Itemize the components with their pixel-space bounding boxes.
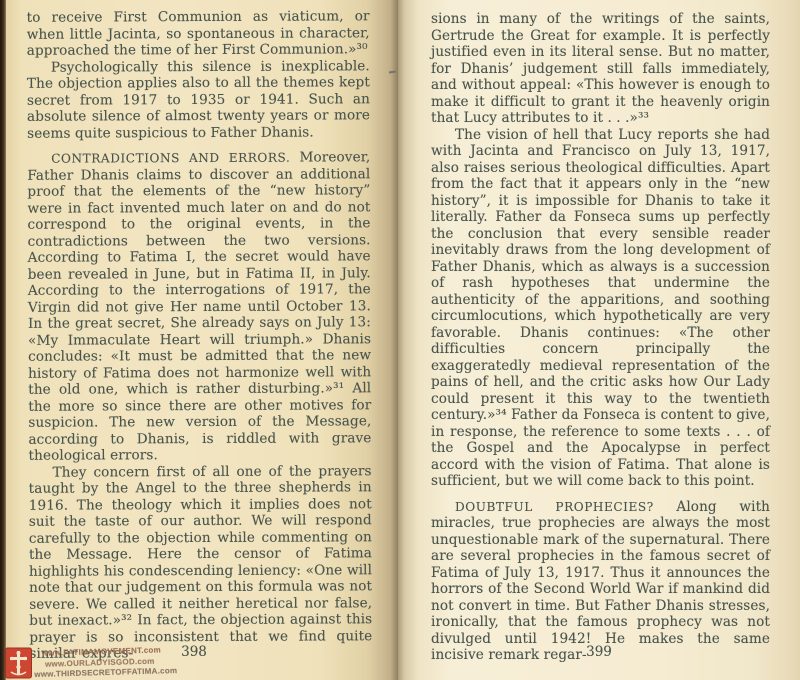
paragraph-with-heading: DOUBTFUL PROPHECIES? Along with miracles…: [431, 499, 770, 664]
paragraph: to receive First Communion as viaticum, …: [27, 8, 370, 59]
paragraph-with-heading: CONTRADICTIONS AND ERRORS. Moreover, Fat…: [27, 149, 371, 464]
paragraph: They concern first of all one of the pra…: [29, 463, 373, 662]
page-right-text-column: sions in many of the writings of the sai…: [431, 11, 770, 664]
fatima-movement-crest-icon: [5, 647, 32, 679]
watermark: www.FATIMAMOVEMENT.com www.OURLADYISGOD.…: [5, 647, 177, 679]
page-number-right: 399: [398, 644, 800, 660]
paragraph: The vision of hell that Lucy reports she…: [431, 127, 770, 490]
book-spread: to receive First Communion as viaticum, …: [0, 0, 800, 680]
paragraph: sions in many of the writings of the sai…: [431, 11, 770, 127]
page-right: sions in many of the writings of the sai…: [398, 0, 800, 680]
page-left-text-column: to receive First Communion as viaticum, …: [27, 8, 373, 662]
page-left: to receive First Communion as viaticum, …: [6, 0, 398, 680]
paragraph-body: Along with miracles, true prophecies are…: [431, 499, 770, 664]
section-heading-contradictions-and-errors: CONTRADICTIONS AND ERRORS.: [51, 151, 290, 166]
watermark-links: www.FATIMAMOVEMENT.com www.OURLADYISGOD.…: [34, 645, 178, 680]
paragraph-body: Moreover, Father Dhanis claims to discov…: [27, 149, 371, 463]
section-heading-doubtful-prophecies: DOUBTFUL PROPHECIES?: [455, 500, 654, 514]
paragraph: Psychologically this silence is inexplic…: [27, 58, 370, 142]
